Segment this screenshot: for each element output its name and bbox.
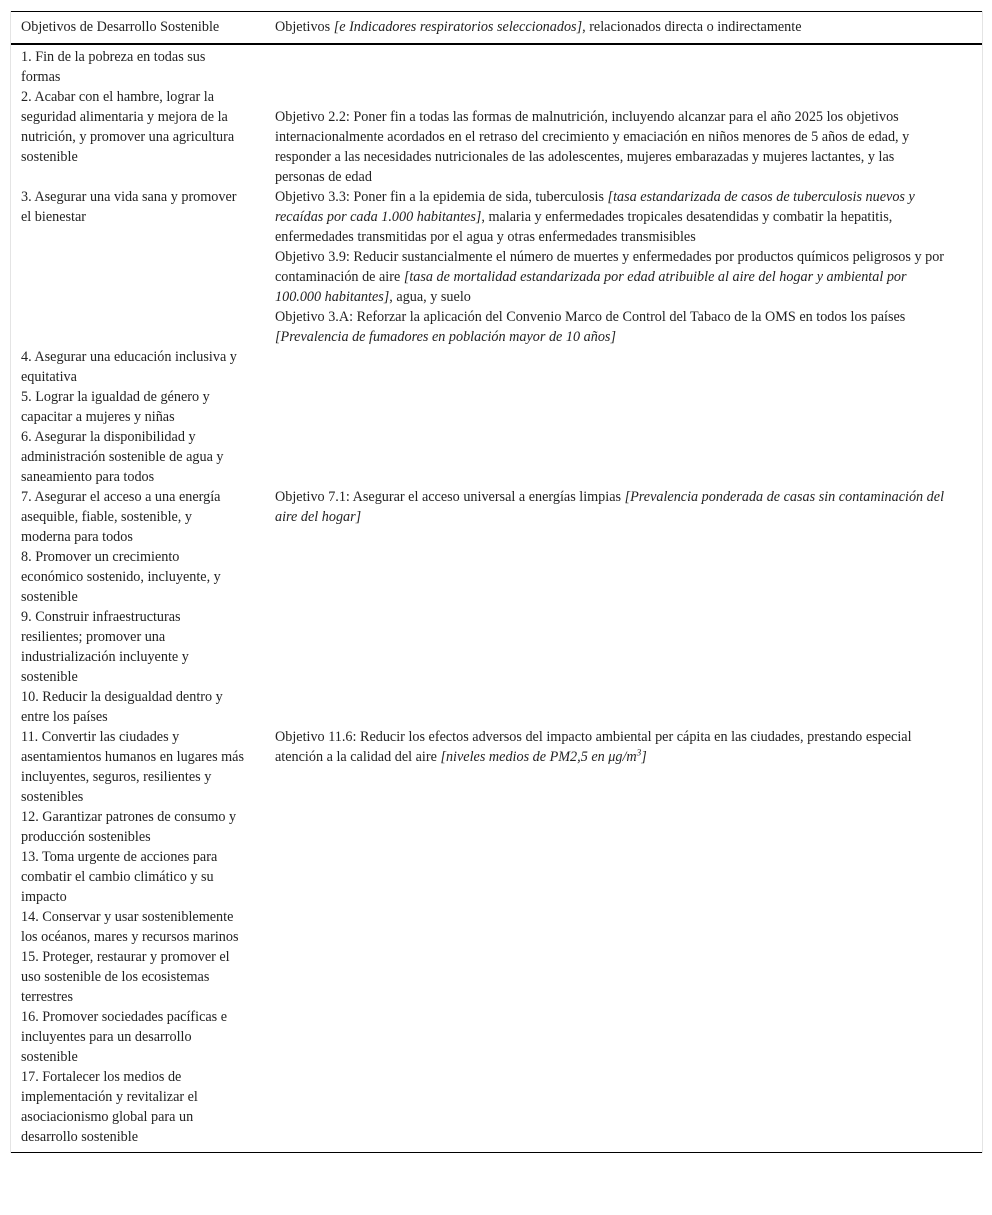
sdg-goal-text: 17. Fortalecer los medios de implementac… [21,1067,245,1147]
target-text: Objetivo 7.1: Asegurar el acceso univers… [275,487,945,527]
sdg-goal-cell: 4. Asegurar una educación inclusiva y eq… [11,347,265,387]
table-header-row: Objetivos de Desarrollo Sostenible Objet… [11,12,982,45]
sdg-goal-cell: 12. Garantizar patrones de consumo y pro… [11,807,265,847]
table-body: 1. Fin de la pobreza en todas sus formas… [11,44,982,1153]
table-row: 7. Asegurar el acceso a una energía aseq… [11,487,982,547]
sdg-goal-text: 16. Promover sociedades pacíficas e incl… [21,1007,245,1067]
targets-cell [265,907,982,947]
table-row: 16. Promover sociedades pacíficas e incl… [11,1007,982,1067]
header-targets: Objetivos [e Indicadores respiratorios s… [265,12,982,45]
table-row: 10. Reducir la desigualdad dentro y entr… [11,687,982,727]
indicator-italic: [Prevalencia de fumadores en población m… [275,329,616,345]
targets-cell [265,387,982,427]
sdg-goal-text: 4. Asegurar una educación inclusiva y eq… [21,347,245,387]
header-targets-italic: [e Indicadores respiratorios seleccionad… [334,19,582,35]
table-row: 5. Lograr la igualdad de género y capaci… [11,387,982,427]
sdg-goal-cell: 16. Promover sociedades pacíficas e incl… [11,1007,265,1067]
table-row: 6. Asegurar la disponibilidad y administ… [11,427,982,487]
sdg-goal-cell: 5. Lograr la igualdad de género y capaci… [11,387,265,427]
sdg-goal-cell: 13. Toma urgente de acciones para combat… [11,847,265,907]
sdg-goal-cell: 11. Convertir las ciudades y asentamient… [11,727,265,807]
table-row: 13. Toma urgente de acciones para combat… [11,847,982,907]
table-row: 3. Asegurar una vida sana y promover el … [11,187,982,347]
targets-cell [265,427,982,487]
targets-cell [265,807,982,847]
table-row: 17. Fortalecer los medios de implementac… [11,1067,982,1153]
indicator-italic: ] [641,749,647,765]
targets-cell [265,44,982,87]
table-row: 9. Construir infraestructuras resiliente… [11,607,982,687]
sdg-goal-cell: 9. Construir infraestructuras resiliente… [11,607,265,687]
targets-cell [265,847,982,907]
table-row: 15. Proteger, restaurar y promover el us… [11,947,982,1007]
sdg-goal-text: 12. Garantizar patrones de consumo y pro… [21,807,245,847]
sdg-goal-text: 7. Asegurar el acceso a una energía aseq… [21,487,245,547]
sdg-goal-text: 3. Asegurar una vida sana y promover el … [21,187,245,227]
targets-cell: Objetivo 2.2: Poner fin a todas las form… [265,87,982,187]
sdg-goal-text: 10. Reducir la desigualdad dentro y entr… [21,687,245,727]
sdg-goal-cell: 14. Conservar y usar sosteniblemente los… [11,907,265,947]
target-text: Objetivo 3.9: Reducir sustancialmente el… [275,247,945,307]
targets-cell: Objetivo 7.1: Asegurar el acceso univers… [265,487,982,547]
sdg-goal-text: 1. Fin de la pobreza en todas sus formas [21,47,245,87]
sdg-goal-text: 8. Promover un crecimiento económico sos… [21,547,245,607]
targets-cell [265,947,982,1007]
targets-cell: Objetivo 3.3: Poner fin a la epidemia de… [265,187,982,347]
targets-cell [265,547,982,607]
sdg-goal-cell: 8. Promover un crecimiento económico sos… [11,547,265,607]
targets-cell [265,607,982,687]
table-row: 8. Promover un crecimiento económico sos… [11,547,982,607]
sdg-goal-cell: 10. Reducir la desigualdad dentro y entr… [11,687,265,727]
sdg-goal-text: 11. Convertir las ciudades y asentamient… [21,727,245,807]
sdg-respiratory-table: Objetivos de Desarrollo Sostenible Objet… [11,11,982,1153]
table-row: 14. Conservar y usar sosteniblemente los… [11,907,982,947]
table-row: 12. Garantizar patrones de consumo y pro… [11,807,982,847]
header-targets-prefix: Objetivos [275,19,334,35]
sdg-goal-text: 6. Asegurar la disponibilidad y administ… [21,427,245,487]
sdg-goal-cell: 6. Asegurar la disponibilidad y administ… [11,427,265,487]
target-segment: Objetivo 3.A: Reforzar la aplicación del… [275,309,905,325]
sdg-goal-cell: 15. Proteger, restaurar y promover el us… [11,947,265,1007]
targets-cell [265,687,982,727]
table-row: 1. Fin de la pobreza en todas sus formas [11,44,982,87]
sdg-goal-cell: 7. Asegurar el acceso a una energía aseq… [11,487,265,547]
sdg-table-container: Objetivos de Desarrollo Sostenible Objet… [10,11,983,1153]
sdg-goal-cell: 2. Acabar con el hambre, lograr la segur… [11,87,265,187]
indicator-italic: [niveles medios de PM2,5 en μg/m [440,749,636,765]
target-segment: Objetivo 3.3: Poner fin a la epidemia de… [275,189,608,205]
target-segment: Objetivo 7.1: Asegurar el acceso univers… [275,489,625,505]
target-text: Objetivo 11.6: Reducir los efectos adver… [275,727,945,767]
table-row: 2. Acabar con el hambre, lograr la segur… [11,87,982,187]
targets-cell: Objetivo 11.6: Reducir los efectos adver… [265,727,982,807]
targets-cell [265,1067,982,1153]
sdg-goal-text: 13. Toma urgente de acciones para combat… [21,847,245,907]
targets-cell [265,347,982,387]
target-segment: , agua, y suelo [389,289,471,305]
sdg-goal-text: 14. Conservar y usar sosteniblemente los… [21,907,245,947]
target-text: Objetivo 3.A: Reforzar la aplicación del… [275,307,945,347]
sdg-goal-cell: 1. Fin de la pobreza en todas sus formas [11,44,265,87]
target-text: Objetivo 3.3: Poner fin a la epidemia de… [275,187,945,247]
sdg-goal-text: 2. Acabar con el hambre, lograr la segur… [21,87,245,167]
table-row: 11. Convertir las ciudades y asentamient… [11,727,982,807]
sdg-goal-cell: 17. Fortalecer los medios de implementac… [11,1067,265,1153]
sdg-goal-cell: 3. Asegurar una vida sana y promover el … [11,187,265,347]
table-row: 4. Asegurar una educación inclusiva y eq… [11,347,982,387]
sdg-goal-text: 9. Construir infraestructuras resiliente… [21,607,245,687]
target-text: Objetivo 2.2: Poner fin a todas las form… [275,107,945,187]
header-sdg-goals: Objetivos de Desarrollo Sostenible [11,12,265,45]
sdg-goal-text: 15. Proteger, restaurar y promover el us… [21,947,245,1007]
target-segment: Objetivo 2.2: Poner fin a todas las form… [275,109,909,185]
targets-cell [265,1007,982,1067]
header-targets-suffix: , relacionados directa o indirectamente [582,19,801,35]
sdg-goal-text: 5. Lograr la igualdad de género y capaci… [21,387,245,427]
